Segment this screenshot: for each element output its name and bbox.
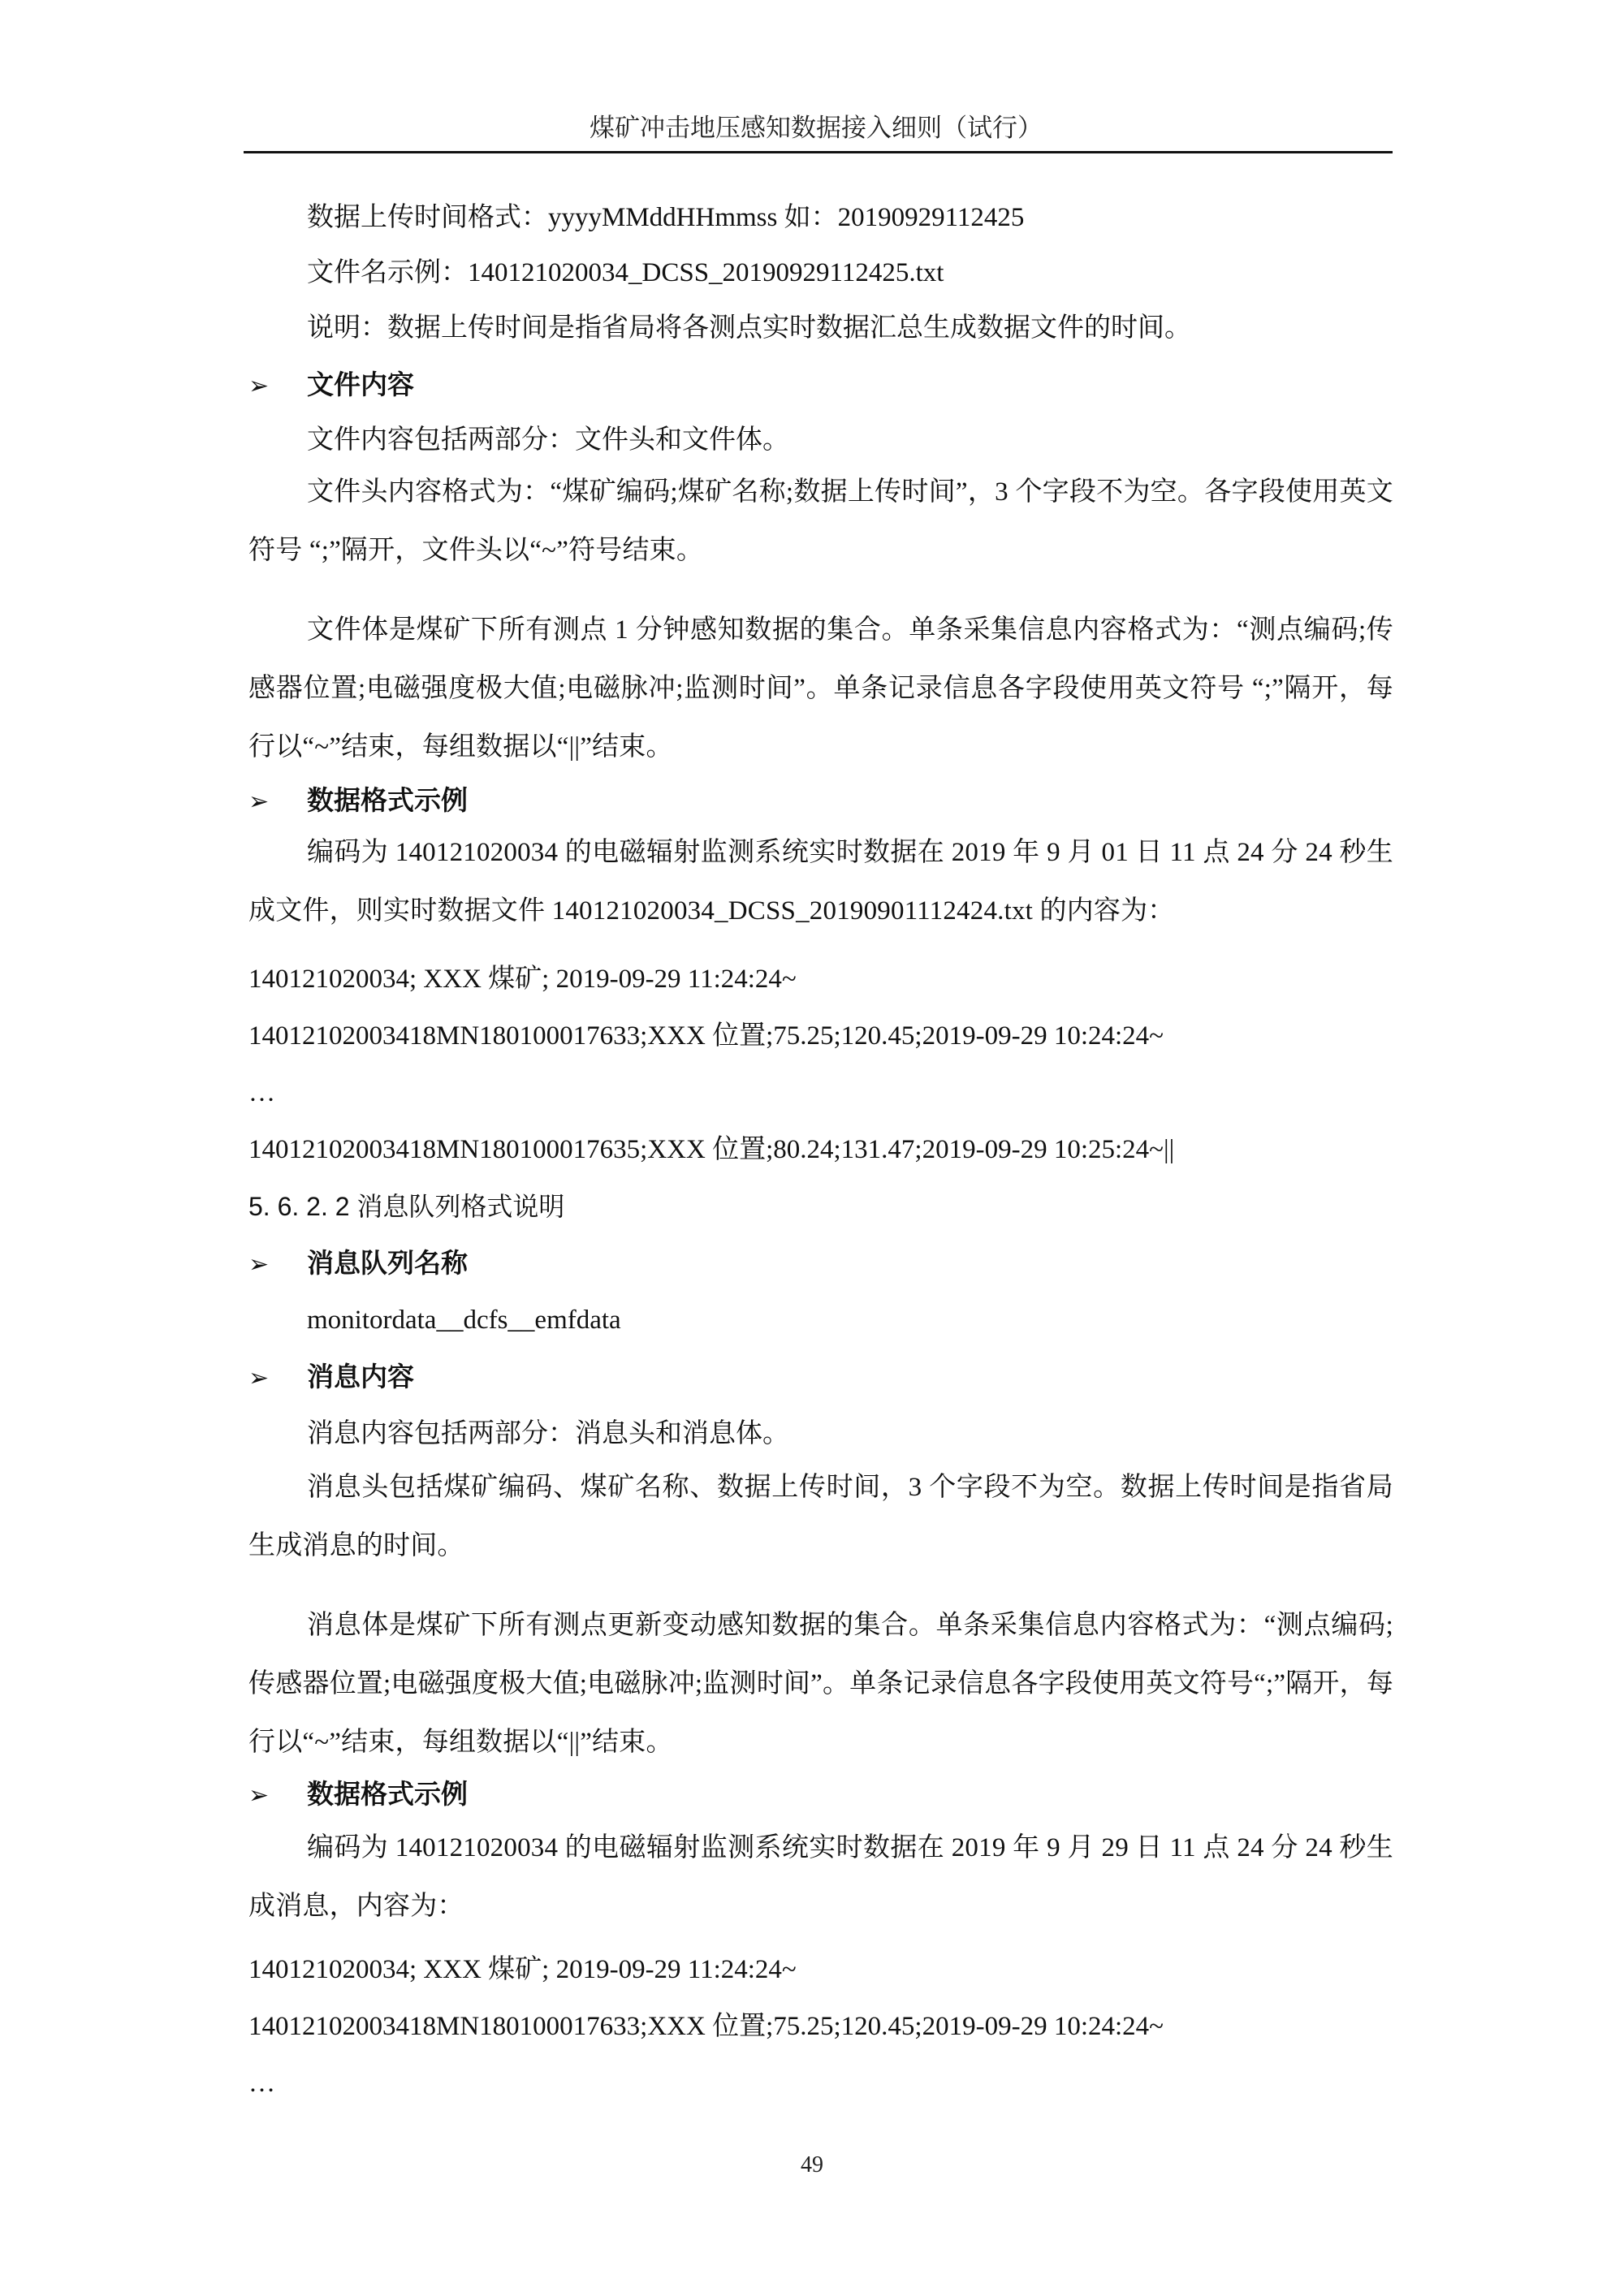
- mq-example-p1: 编码为 140121020034 的电磁辐射监测系统实时数据在 2019 年 9…: [248, 1819, 1393, 1936]
- mq-name-value: monitordata__dcfs__emfdata: [307, 1304, 621, 1336]
- heading-text: 文件内容: [307, 369, 414, 399]
- arrow-bullet-icon: ➢: [248, 1249, 307, 1281]
- file-example-p1: 编码为 140121020034 的电磁辐射监测系统实时数据在 2019 年 9…: [248, 823, 1393, 940]
- upload-time-note: 说明：数据上传时间是指省局将各测点实时数据汇总生成数据文件的时间。: [307, 312, 1191, 344]
- arrow-bullet-icon: ➢: [248, 786, 307, 818]
- section-heading-mq-format: 5. 6. 2. 2 消息队列格式说明: [248, 1190, 564, 1223]
- heading-text: 消息内容: [307, 1362, 414, 1392]
- mq-example-line: 14012102003418MN180100017633;XXX 位置;75.2…: [248, 2010, 1164, 2043]
- heading-mq-example: ➢数据格式示例: [248, 1778, 468, 1812]
- mq-example-line: …: [248, 2067, 275, 2100]
- arrow-bullet-icon: ➢: [248, 1780, 307, 1812]
- heading-text: 消息队列名称: [307, 1248, 468, 1278]
- file-name-example: 文件名示例：140121020034_DCSS_20190929112425.t…: [307, 257, 944, 289]
- upload-time-format: 数据上传时间格式：yyyyMMddHHmmss 如：20190929112425: [307, 201, 1024, 234]
- heading-mq-content: ➢消息内容: [248, 1361, 414, 1395]
- heading-mq-name: ➢消息队列名称: [248, 1247, 468, 1281]
- arrow-bullet-icon: ➢: [248, 1362, 307, 1395]
- file-example-line: …: [248, 1077, 275, 1109]
- file-content-p2: 文件头内容格式为：“煤矿编码;煤矿名称;数据上传时间”，3 个字段不为空。各字段…: [248, 463, 1393, 580]
- page-number: 49: [0, 2151, 1624, 2179]
- file-content-p3: 文件体是煤矿下所有测点 1 分钟感知数据的集合。单条采集信息内容格式为：“测点编…: [248, 601, 1393, 776]
- running-header-title: 煤矿冲击地压感知数据接入细则（试行）: [244, 112, 1389, 145]
- mq-example-line: 140121020034; XXX 煤矿; 2019-09-29 11:24:2…: [248, 1953, 797, 1986]
- file-example-line: 140121020034; XXX 煤矿; 2019-09-29 11:24:2…: [248, 963, 797, 995]
- heading-text: 数据格式示例: [307, 1779, 468, 1809]
- mq-content-p1: 消息内容包括两部分：消息头和消息体。: [307, 1418, 789, 1450]
- header-divider: [244, 151, 1393, 153]
- file-example-line: 14012102003418MN180100017633;XXX 位置;75.2…: [248, 1020, 1164, 1052]
- arrow-bullet-icon: ➢: [248, 370, 307, 403]
- mq-content-p3: 消息体是煤矿下所有测点更新变动感知数据的集合。单条采集信息内容格式为：“测点编码…: [248, 1596, 1393, 1772]
- heading-text: 数据格式示例: [307, 785, 468, 815]
- file-content-p1: 文件内容包括两部分：文件头和文件体。: [307, 424, 789, 456]
- file-example-line: 14012102003418MN180100017635;XXX 位置;80.2…: [248, 1133, 1174, 1166]
- heading-file-example: ➢数据格式示例: [248, 784, 468, 818]
- mq-content-p2: 消息头包括煤矿编码、煤矿名称、数据上传时间，3 个字段不为空。数据上传时间是指省…: [248, 1458, 1393, 1575]
- heading-file-content: ➢文件内容: [248, 369, 414, 403]
